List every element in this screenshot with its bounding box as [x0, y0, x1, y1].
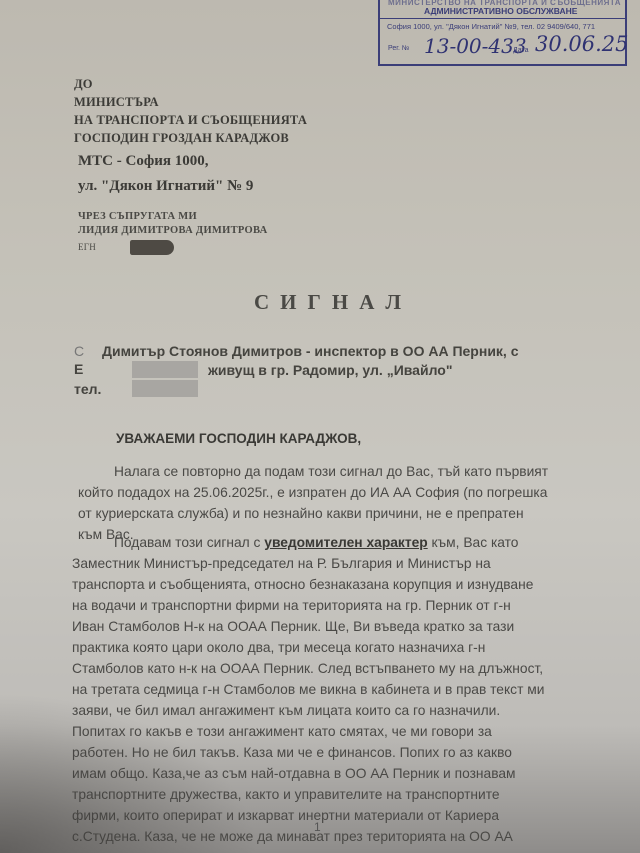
stamp-reg-label: Рег. №: [388, 45, 409, 52]
phone-label: тел.: [74, 381, 101, 397]
stamp-department: АДМИНИСТРАТИВНО ОБСЛУЖВАНЕ: [424, 6, 577, 16]
body-line: Налага се повторно да подам този сигнал …: [114, 461, 548, 482]
body-line: фирми, които оперират и изкарват инертни…: [72, 805, 499, 826]
body-line: Заместник Министър-председател на Р. Бъл…: [72, 553, 491, 574]
stamp-reg-number: 13-00-433: [424, 34, 527, 58]
recipient-line: НА ТРАНСПОРТА И СЪОБЩЕНИЯТА: [74, 111, 307, 129]
recipient-line: ДО: [74, 75, 307, 93]
recipient-block: ДО МИНИСТЪРА НА ТРАНСПОРТА И СЪОБЩЕНИЯТА…: [74, 75, 307, 147]
recipient-line: МИНИСТЪРА: [74, 93, 307, 111]
stamp-address: София 1000, ул. "Дякон Игнатий" №9, тел.…: [387, 22, 595, 31]
greeting: УВАЖАЕМИ ГОСПОДИН КАРАДЖОВ,: [116, 431, 361, 446]
sender-prefix-e: Е: [74, 361, 83, 377]
sender-prefix-c: С: [74, 343, 84, 359]
body-line: Попитах го какъв е този ангажимент като …: [72, 721, 492, 742]
body-line: който подадох на 25.06.2025г., е изпрате…: [78, 482, 547, 503]
recipient-address-line1: МТС - София 1000,: [78, 153, 208, 170]
body-line: имам общо. Каза,че аз съм най-отдавна в …: [72, 763, 516, 784]
egn-label: ЕГН: [78, 240, 96, 254]
redacted-field: [132, 361, 198, 378]
via-line1: ЧРЕЗ СЪПРУГАТА МИ: [78, 210, 197, 224]
redacted-phone: [132, 380, 198, 397]
body-line: с.Студена. Каза, че не може да минават п…: [72, 826, 513, 847]
recipient-line: ГОСПОДИН ГРОЗДАН КАРАДЖОВ: [74, 129, 307, 147]
body-text: към, Вас като: [428, 535, 519, 550]
body-line: работен. Но не бил такъв. Каза ми че е ф…: [72, 742, 512, 763]
emphasis-text: уведомителен характер: [264, 535, 427, 550]
body-line: Стамболов като н-к на ООАА Перник. След …: [72, 658, 543, 679]
document-title: СИГНАЛ: [254, 290, 412, 315]
body-line: транспортните дружества, както и управит…: [72, 784, 500, 805]
body-line: от куриерската служба) и по незнайно как…: [78, 503, 524, 524]
stamp-date: 30.06.25: [535, 32, 629, 56]
stamp-divider: [380, 18, 625, 19]
stamp-date-label: Дата: [513, 47, 529, 54]
sender-line2: живущ в гр. Радомир, ул. „Ивайло": [208, 362, 452, 378]
body-text: Подавам този сигнал с: [114, 535, 264, 550]
body-line: Иван Стамболов Н-к на ООАА Перник. Ще, В…: [72, 616, 514, 637]
via-line2: ЛИДИЯ ДИМИТРОВА ДИМИТРОВА: [78, 224, 268, 238]
body-line: транспорта и съобщенията, относно безнак…: [72, 574, 533, 595]
recipient-address-line2: ул. "Дякон Игнатий" № 9: [78, 178, 253, 195]
body-line: на водачи и транспортни фирми на територ…: [72, 595, 511, 616]
registration-stamp: МИНИСТЕРСТВО НА ТРАНСПОРТА И СЪОБЩЕНИЯТА…: [378, 0, 627, 66]
redacted-egn: [130, 240, 174, 255]
body-line: заяви, че бил имал ангажимент към лицата…: [72, 700, 500, 721]
body-line: на третата седмица г-н Стамболов ме викн…: [72, 679, 544, 700]
body-line: практика която цари около два, три месец…: [72, 637, 485, 658]
body-line-with-emphasis: Подавам този сигнал с уведомителен харак…: [114, 532, 519, 553]
page-number: 1: [314, 820, 321, 834]
sender-line1: Димитър Стоянов Димитров - инспектор в О…: [102, 343, 519, 359]
